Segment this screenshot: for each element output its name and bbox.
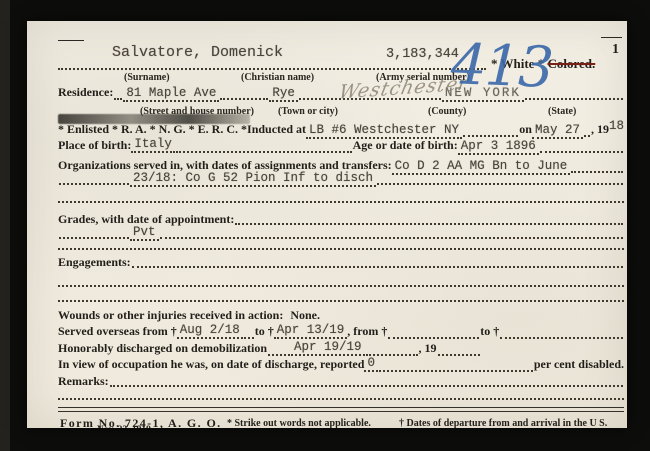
dotted-leader (540, 148, 623, 153)
dotted-leader (110, 382, 623, 387)
dotted-leader (59, 180, 129, 185)
year-prefix: , 19 (591, 122, 609, 137)
overseas-from-label2: , from † (347, 324, 387, 339)
dotted-leader (379, 367, 533, 372)
engagements-row: Engagements: (58, 255, 624, 270)
print-code: 3—7463 (427, 426, 453, 428)
grade-value: Pvt (130, 225, 159, 241)
soldier-name: Salvatore, Domenick (112, 44, 283, 61)
overseas-to-label2: to † (480, 324, 499, 339)
wounds-row: Wounds or other injuries received in act… (58, 308, 624, 323)
residence-street: 81 Maple Ave (123, 86, 219, 102)
page-number: 1 (612, 42, 619, 58)
disability-label: In view of occupation he was, on date of… (58, 357, 364, 372)
dotted-leader (114, 95, 122, 100)
blank-dotted-line (58, 201, 624, 203)
organizations-row-2: 23/18: Co G 52 Pion Inf to disch (58, 171, 624, 187)
remarks-label: Remarks: (58, 374, 109, 389)
induction-year: 18 (609, 119, 624, 133)
remarks-row: Remarks: (58, 374, 624, 389)
top-left-dash (58, 40, 84, 41)
wounds-label: Wounds or other injuries received in act… (58, 308, 283, 323)
overseas-row: Served overseas from † Aug 2/18 to † Apr… (58, 324, 624, 341)
dotted-leader (176, 148, 352, 153)
form-date: Nov. 22, 1919. (97, 425, 153, 428)
discharge-row: Honorably discharged on demobilization A… (58, 341, 624, 358)
dotted-leader (244, 334, 254, 339)
strike-footnote: * Strike out words not applicable. (227, 418, 371, 428)
overseas-from1: Aug 2/18 (177, 323, 243, 339)
dotted-leader (388, 334, 479, 339)
disability-row: In view of occupation he was, on date of… (58, 357, 624, 374)
blank-dotted-line (58, 398, 624, 400)
bottom-rule (58, 411, 624, 412)
residence-town: Rye (269, 86, 298, 102)
place-of-birth-value: Italy (131, 137, 175, 153)
birth-row: Place of birth: Italy Age or date of bir… (58, 138, 624, 155)
army-serial-number: 3,183,344 (386, 47, 459, 62)
dotted-leader (584, 132, 590, 137)
disability-value: 0 (364, 356, 378, 372)
birth-date-value: Apr 3 1896 (458, 139, 539, 155)
dotted-leader (268, 351, 290, 356)
christian-name-label: (Christian name) (241, 72, 314, 83)
bottom-rule (58, 407, 624, 408)
dotted-leader (438, 351, 480, 356)
overseas-label: Served overseas from † (58, 324, 177, 339)
enlistment-label: * Enlisted * R. A. * N. G. * E. R. C. *I… (58, 122, 306, 137)
dotted-rule (58, 68, 486, 70)
service-record-card: Salvatore, Domenick 3,183,344 1 * White … (27, 21, 627, 428)
dotted-leader (220, 95, 268, 100)
discharge-date: Apr 19/19 (291, 340, 365, 356)
wounds-value: None. (290, 308, 320, 323)
dotted-leader (377, 180, 623, 185)
blank-dotted-line (58, 248, 624, 250)
inducted-at-value: LB #6 Westchester NY (306, 123, 462, 139)
handwritten-number-413: 413 (450, 37, 553, 96)
dotted-leader (500, 334, 623, 339)
age-label: Age or date of birth: (353, 138, 458, 153)
top-right-dash (601, 37, 622, 38)
discharge-year-prefix: , 19 (419, 341, 437, 356)
overseas-to-label1: to † (255, 324, 274, 339)
discharge-label: Honorably discharged on demobilization (58, 341, 267, 356)
disability-suffix: per cent disabled. (534, 357, 624, 372)
induction-date: May 27 (532, 123, 583, 139)
surname-label: (Surname) (124, 72, 170, 83)
residence-label: Residence: (58, 85, 113, 100)
overseas-to1: Apr 13/19 (274, 323, 348, 339)
county-label: (County) (428, 106, 466, 117)
dotted-leader (132, 263, 623, 268)
place-of-birth-label: Place of birth: (58, 138, 131, 153)
organizations-line2: 23/18: Co G 52 Pion Inf to disch (130, 171, 376, 187)
engagements-label: Engagements: (58, 255, 131, 270)
inducted-on-word: on (519, 122, 532, 137)
dotted-leader (463, 132, 518, 137)
dotted-leader (59, 234, 129, 239)
state-label: (State) (548, 106, 576, 117)
dotted-leader (160, 234, 623, 239)
race-colored-struck: Colored. (547, 56, 595, 71)
blank-dotted-line (58, 285, 624, 287)
blank-dotted-line (58, 300, 624, 302)
grade-value-row: Pvt (58, 225, 624, 241)
scanner-edge-strip (0, 0, 10, 451)
town-label: (Town or city) (278, 106, 338, 117)
